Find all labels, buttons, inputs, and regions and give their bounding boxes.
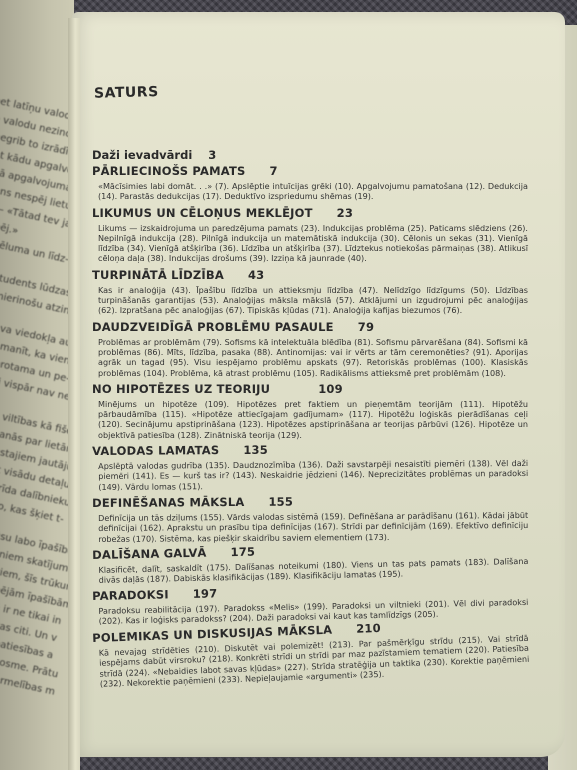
chapter-title: NO HIPOTĒZES UZ TEORIJU [92, 382, 270, 396]
chapter-subsections: Problēmas ar problēmām (79). Sofisms kā … [98, 337, 528, 378]
chapter-page-number: 175 [230, 544, 255, 559]
toc-chapter: VALODAS LAMATAS135 Apslēptā valodas gudr… [92, 441, 532, 492]
chapter-page-number: 135 [243, 443, 268, 457]
chapter-subsections: Apslēptā valodas gudrība (135). Daudznoz… [98, 458, 528, 492]
chapter-title: DEFINĒŠANAS MĀKSLA [92, 495, 244, 510]
chapter-subsections: Kas ir analoģija (43). Īpašību līdzība u… [98, 285, 528, 316]
chapter-title: VALODAS LAMATAS [92, 443, 219, 458]
chapter-page-number: 197 [193, 587, 218, 602]
toc-chapter: LIKUMUS UN CĒLOŅUS MEKLĒJOT23 Likums — i… [92, 206, 532, 264]
chapter-title: DALĪŠANA GALVĀ [92, 545, 207, 561]
toc-chapter: TURPINĀTĀ LĪDZĪBA43 Kas ir analoģija (43… [92, 268, 532, 316]
toc-chapter: DAUDZVEIDĪGĀ PROBLĒMU PASAULE79 Problēma… [92, 320, 532, 378]
chapter-page-number: 155 [268, 495, 293, 509]
book-gutter [68, 18, 80, 770]
entry-title: Daži ievadvārdi [92, 148, 192, 162]
chapter-subsections: Definīcija un tās dziļums (155). Vārds v… [98, 510, 528, 544]
chapter-subsections: Minējums un hipotēze (109). Hipotēzes pr… [98, 399, 528, 440]
toc-chapter: NO HIPOTĒZES UZ TEORIJU109 Minējums un h… [92, 382, 532, 440]
toc-chapter: POLEMIKAS UN DISKUSIJAS MĀKSLA210 Kā nev… [92, 616, 534, 690]
toc-intro-entry: Daži ievadvārdi3 [92, 148, 532, 162]
chapter-title: TURPINĀTĀ LĪDZĪBA [92, 268, 224, 282]
chapter-page-number: 43 [248, 268, 264, 282]
chapter-page-number: 23 [337, 206, 353, 220]
entry-page-number: 3 [208, 148, 216, 162]
chapter-subsections: «Mācīsimies labi domāt. . .» (7). Apslēp… [98, 181, 528, 202]
toc-chapter: DALĪŠANA GALVĀ175 Klasificēt, dalīt, sas… [92, 539, 533, 586]
left-page: bet latīņu valoda o valodu nezino negrib… [0, 0, 74, 770]
toc-chapter: DEFINĒŠANAS MĀKSLA155 Definīcija un tās … [92, 493, 532, 544]
chapter-subsections: Likums — izskaidrojuma un paredzējuma pa… [98, 223, 528, 264]
chapter-title: PARADOKSI [92, 588, 169, 604]
chapter-page-number: 210 [356, 621, 381, 636]
chapter-page-number: 79 [358, 320, 374, 334]
chapter-title: LIKUMUS UN CĒLOŅUS MEKLĒJOT [92, 206, 313, 220]
chapter-page-number: 7 [269, 164, 277, 178]
chapter-title: DAUDZVEIDĪGĀ PROBLĒMU PASAULE [92, 320, 334, 334]
table-of-contents: SATURS Daži ievadvārdi3 PĀRLIECINOŠS PAM… [92, 80, 532, 693]
chapter-page-number: 109 [318, 382, 343, 396]
chapter-title: PĀRLIECINOŠS PAMATS [92, 164, 245, 178]
toc-chapter: PĀRLIECINOŠS PAMATS7 «Mācīsimies labi do… [92, 164, 532, 202]
